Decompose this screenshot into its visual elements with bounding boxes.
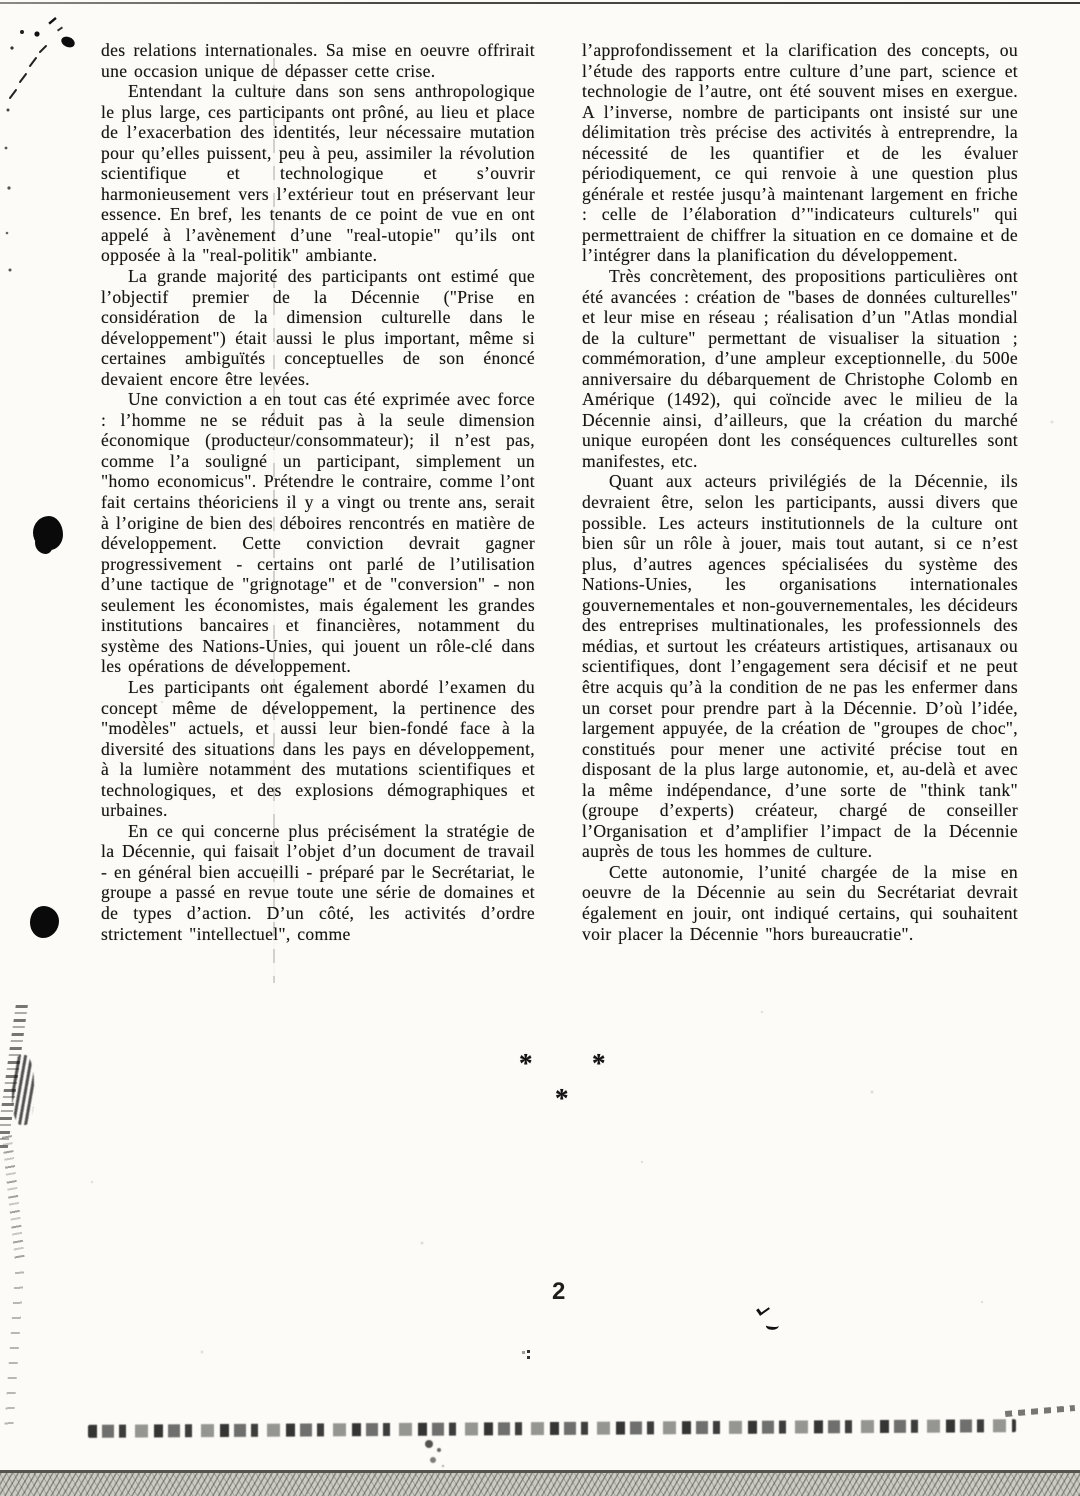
paragraph: La grande majorité des participants ont … (101, 266, 535, 389)
margin-scribble-artifact (1, 1130, 25, 1260)
asterisk: * (555, 1083, 569, 1114)
scan-noise-band (88, 1419, 1016, 1438)
page-top-edge-line (0, 2, 1080, 4)
scan-noise-band-tail (1005, 1405, 1075, 1417)
margin-scribble-artifact (0, 1000, 28, 1150)
scan-smudge-dots (425, 1440, 433, 1448)
paragraph: l’approfondissement et la clarification … (582, 40, 1018, 266)
bottom-hatch-strip (0, 1470, 1080, 1496)
asterisk: * (519, 1048, 533, 1079)
ink-blob-artifact (33, 516, 63, 550)
scanned-document-page: des relations internationales. Sa mise e… (0, 0, 1080, 1496)
margin-scribble-artifact (4, 1265, 24, 1425)
paragraph: En ce qui concerne plus précisément la s… (101, 821, 535, 944)
small-smudge-artifact (527, 1350, 530, 1353)
paragraph: Cette autonomie, l’unité chargée de la m… (582, 862, 1018, 944)
paragraph: Entendant la culture dans son sens anthr… (101, 81, 535, 266)
left-column: des relations internationales. Sa mise e… (101, 40, 535, 944)
margin-scribble-artifact (12, 1055, 34, 1125)
pen-dash-artifact (765, 1320, 779, 1331)
paragraph: des relations internationales. Sa mise e… (101, 40, 535, 81)
pen-tick-artifact (756, 1303, 770, 1316)
asterisk: * (592, 1048, 606, 1079)
page-number: 2 (552, 1278, 565, 1306)
paragraph: Les participants ont également abordé l’… (101, 677, 535, 821)
right-column: l’approfondissement et la clarification … (582, 40, 1018, 944)
ink-blob-artifact (30, 906, 59, 938)
paragraph: Une conviction a en tout cas été exprimé… (101, 389, 535, 677)
paragraph: Très concrètement, des propositions part… (582, 266, 1018, 471)
paragraph: Quant aux acteurs privilégiés de la Déce… (582, 471, 1018, 861)
